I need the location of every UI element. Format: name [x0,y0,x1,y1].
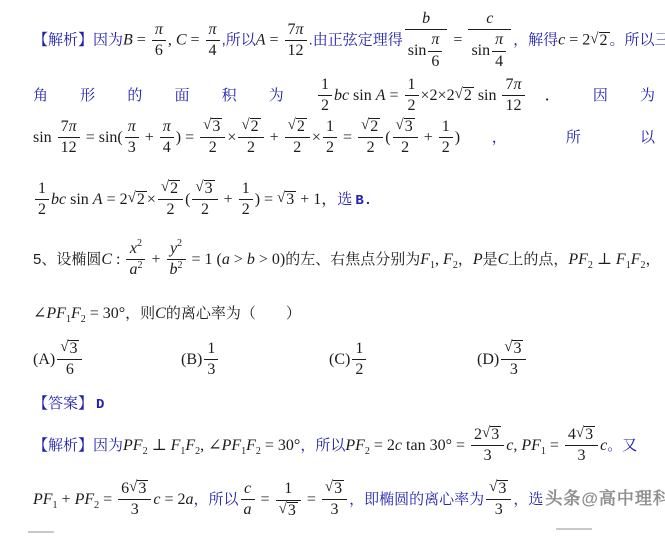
fraction: 12 [239,180,253,220]
text-run: 因 [593,87,622,104]
fraction: 12 [405,76,419,116]
math-text: 7 [505,76,513,94]
math-text: 1 [355,340,363,358]
fraction: π3 [125,118,139,158]
text-run: .由正弦定理得 [309,32,403,49]
math-text: (D) [477,351,499,369]
solution-5-line-1: 【解析】因为PF2 ⊥ F1F2, ∠PF1F2 = 30°，所以PF2 = 2… [33,426,655,466]
math-text: sin [474,87,501,104]
denominator: 12 [58,138,80,157]
math-variable: PF [521,437,541,454]
math-text: , [168,32,176,49]
numerator: 7π [285,21,307,41]
math-variable: b [170,261,178,279]
denominator: 3 [501,360,526,379]
numerator: π [160,118,174,138]
math-text: 3 [405,118,413,135]
text-run: ,所以 [222,32,256,49]
fraction: √33 [322,480,347,519]
numerator: 6√3 [118,480,151,500]
math-text: 3 [207,361,215,379]
math-variable: C [155,305,166,322]
fraction: √22 [238,118,263,157]
denominator: 2 [238,138,263,157]
radical-sign-icon: √ [590,32,598,50]
radicand: 3 [204,180,215,198]
radical: √3 [325,480,344,498]
math-text: 3 [131,501,139,519]
math-text: ) = [176,129,198,146]
fraction: √33 [501,340,526,379]
math-text: = [257,491,274,508]
math-variable: F [185,437,195,454]
numerator: 1 [318,76,332,96]
denominator: 3 [118,500,151,519]
math-variable: C [498,251,509,268]
math-text: + 1， [296,191,337,208]
fraction: π4 [492,31,506,71]
math-text: 3 [484,447,492,465]
math-text: = [133,32,150,49]
fraction: 12 [323,118,337,158]
denominator: 12 [285,41,307,60]
text-run: 为 [269,87,298,104]
math-text: = [449,32,466,49]
denominator: 4 [160,138,174,157]
answer-line: 【答案】D [33,392,655,413]
fraction: 7π12 [502,76,524,116]
math-variable: c [244,480,251,498]
math-variable: π [495,31,503,49]
denominator: 2 [393,138,418,157]
math-text: 1 [442,118,450,136]
math-variable: P [473,251,483,268]
math-variable: A [93,191,103,208]
math-text: ∠ [33,305,46,322]
math-variable: PF [46,305,66,322]
text-run: ，所以 [194,491,239,508]
math-text: 12 [288,42,304,60]
math-text: 2 [355,361,363,379]
math-text: 2 [209,139,217,157]
math-text: , [435,251,443,268]
fraction: √36 [57,340,82,379]
math-text: 6 [155,42,163,60]
text-run: 。又 [607,437,637,454]
text-run: 以 [640,129,655,146]
radical-sign-icon: √ [489,480,497,498]
denominator: 4 [206,41,220,60]
answer-options: (A) √36(B) 13(C) 12(D) √33 [33,340,655,380]
radicand: 2 [136,191,147,209]
math-text: + [147,251,164,268]
numerator: 1 [439,118,453,138]
subscript: 1 [180,446,185,457]
math-variable: PF [222,437,242,454]
math-text: × [312,129,321,146]
math-variable: A [376,87,386,104]
radical: √3 [60,340,79,358]
table-border-artifact-left [28,531,54,533]
option-b: (B) 13 [181,340,329,380]
fraction: 6√33 [118,480,151,520]
numerator: b [405,10,448,30]
math-text: : [112,251,124,268]
math-text: 3 [205,180,213,197]
text-run: ，所以 [300,437,345,454]
question-5-statement: 5、设椭圆C : x2a2 + y2b2 = 1 (a > b > 0)的左、右… [33,240,655,280]
math-text: 2 [242,201,250,219]
fraction: √22 [358,118,383,157]
math-text: 2 [297,118,305,135]
radical-sign-icon: √ [361,118,369,136]
text-run: 5、设椭圆 [33,251,101,268]
denominator: sin π4 [468,30,511,71]
text-run: 积 [222,87,251,104]
document-page: 【解析】因为B = π6, C = π4,所以A = 7π12.由正弦定理得bs… [0,0,665,537]
fraction: π4 [206,21,220,61]
math-variable: F [246,437,256,454]
text-run: 的离心率为（ ） [166,305,301,322]
superscript: 2 [137,238,142,250]
math-text: + [141,129,158,146]
numerator: 1 [276,480,301,500]
numerator: π [428,31,442,51]
radical-sign-icon: √ [128,191,136,209]
numerator: π [125,118,139,138]
math-text: 1 [321,76,329,94]
radical-sign-icon: √ [504,340,512,358]
denominator: 2 [439,138,453,157]
math-text: 2 [326,139,334,157]
fraction: π6 [428,31,442,71]
math-variable: F [616,251,626,268]
numerator: √3 [192,180,217,200]
math-text: = 2 [565,32,590,49]
math-variable: PF [123,437,143,454]
denominator: 3 [322,500,347,519]
math-variable: B [123,32,133,49]
math-variable: a [222,251,230,268]
math-text: 2 [38,201,46,219]
denominator: 3 [125,138,139,157]
math-text: (C) [329,351,350,369]
math-variable: PF [345,437,365,454]
math-text: 3 [128,139,136,157]
text-run-blue: ，选 [513,491,543,508]
radical: √2 [241,118,260,136]
radicand: 3 [512,340,523,358]
text-run: ，即椭圆的离心率为 [349,491,484,508]
radical-sign-icon: √ [129,480,137,498]
math-text: 3 [212,118,220,135]
radical: √3 [129,480,148,498]
math-text: = [303,491,320,508]
math-text: sin [33,129,56,146]
radicand: 3 [490,426,501,444]
radicand: 3 [333,480,344,498]
math-text: = [339,129,356,146]
radical: √3 [482,426,501,444]
math-text: 1 [284,480,292,498]
math-text: = [266,32,283,49]
text-run: ， [645,251,660,268]
denominator: 2 [358,138,383,157]
math-text: 2 [251,118,259,135]
fraction: 2√33 [471,426,504,466]
numerator: √3 [57,340,82,360]
math-variable: π [128,118,136,136]
math-text: ) = [255,191,277,208]
fraction: x2a2 [126,240,145,280]
math-text: ×2×2 [421,87,455,104]
math-variable: b [247,251,255,268]
denominator: 2 [35,200,49,219]
fraction: 12 [439,118,453,158]
math-text: > 0) [255,251,285,268]
superscript: 2 [178,260,183,272]
fraction: √32 [200,118,225,157]
math-text: + [58,491,75,508]
formula-group: 12bc sin A = 12×2×2√2 sin 7π12 [316,76,527,116]
answer-letter: B. [355,193,372,209]
radicand: 2 [599,32,610,50]
math-text: ⊥ [148,437,171,454]
math-variable: PF [568,251,588,268]
fraction: π6 [152,21,166,61]
radicand: 3 [68,340,79,358]
math-text: 3 [585,426,593,443]
numerator: y2 [167,240,186,260]
radical: √3 [195,180,214,198]
numerator: π [152,21,166,41]
radical-sign-icon: √ [576,426,584,444]
math-variable: π [431,31,439,49]
math-variable: a [186,491,194,508]
watermark: 头条@高中理科入门 [545,489,665,508]
numerator: √2 [285,118,310,138]
numerator: √3 [486,480,511,500]
text-run: ，则 [125,305,155,322]
text-run: 角 [33,87,62,104]
math-text: 12 [505,97,521,115]
option-d: (D) √33 [477,340,528,379]
denominator: 2 [352,360,366,379]
math-text: 6 [66,361,74,379]
numerator: 1 [35,180,49,200]
math-text: sin [408,42,427,60]
denominator: 2 [318,96,332,115]
fraction: 12 [318,76,332,116]
denominator: 4 [492,52,506,71]
radical: √3 [203,118,222,136]
radicand: 3 [211,118,222,136]
radical-sign-icon: √ [161,180,169,198]
math-variable: π [209,21,217,39]
math-text: 4 [495,53,503,71]
math-text: = 2 [103,191,128,208]
math-text: 7 [288,21,296,39]
math-text: 2 [321,97,329,115]
math-text: + [266,129,283,146]
math-text: tan 30° = [402,437,469,454]
numerator: 4√3 [565,426,598,446]
math-text: (B) [181,351,202,369]
numerator: 1 [352,340,366,360]
denominator: 2 [285,138,310,157]
math-text: 3 [495,501,503,519]
math-text: ) [455,129,460,146]
fraction: 13 [204,340,218,380]
denominator: 2 [405,96,419,115]
radical: √3 [489,480,508,498]
radicand: 2 [369,118,380,136]
math-text: 2 [170,180,178,197]
solution-5-line-2: PF1 + PF2 = 6√33c = 2a，所以ca = 1√3 = √33，… [33,480,655,520]
question-5-statement-2: ∠PF1F2 = 30°，则C的离心率为（ ） [33,302,655,323]
math-text: = 2 [161,491,186,508]
fraction: 12 [35,180,49,220]
numerator: π [206,21,220,41]
math-text: sin [349,87,376,104]
radicand: 3 [497,480,508,498]
numerator: 1 [239,180,253,200]
numerator: 1 [405,76,419,96]
radical-sign-icon: √ [396,118,404,136]
math-variable: a [244,501,252,519]
math-variable: π [296,21,304,39]
math-text: × [227,129,236,146]
math-variable: π [69,118,77,136]
subscript: 2 [94,500,99,511]
denominator: a [241,500,255,519]
radical-sign-icon: √ [277,191,285,209]
math-variable: c [395,437,402,454]
denominator: 6 [152,41,166,60]
radical: √3 [279,502,298,520]
text-run: 所 [566,129,608,146]
radical-sign-icon: √ [279,502,287,520]
radicand: 2 [250,118,261,136]
math-text: 2 [474,426,482,444]
denominator: a2 [126,260,145,279]
math-variable: c [153,491,160,508]
numerator: 1 [323,118,337,138]
numerator: c [468,10,511,30]
text-run: 是 [483,251,498,268]
math-text: 12 [61,139,77,157]
math-text: > [230,251,247,268]
option-c: (C) 12 [329,340,477,380]
math-variable: x [130,240,137,258]
math-text: = [386,87,403,104]
math-variable: y [170,240,177,258]
math-text: 3 [334,480,342,497]
radicand: 3 [137,480,148,498]
subscript: 2 [640,260,645,271]
radical: √2 [288,118,307,136]
math-text: = 30° [86,305,125,322]
answer-letter: D [96,397,104,413]
numerator: 1 [204,340,218,360]
radical-sign-icon: √ [482,426,490,444]
math-text: 2 [166,201,174,219]
math-text: 4 [163,139,171,157]
solution-line-3: sin 7π12 = sin(π3 + π4) = √32×√22 + √22×… [33,118,655,158]
subscript: 2 [143,446,148,457]
subscript: 1 [626,260,631,271]
math-text: 1 [242,180,250,198]
text-run: 形 [80,87,109,104]
numerator: 7π [58,118,80,138]
denominator: b2 [167,260,186,279]
fraction: √32 [393,118,418,157]
subscript: 1 [66,314,71,325]
numerator: √2 [158,180,183,200]
math-text: 3 [69,340,77,357]
denominator: 3 [204,360,218,379]
math-variable: π [513,76,521,94]
fraction: 1√3 [276,480,301,519]
fraction: √22 [285,118,310,157]
radical-sign-icon: √ [203,118,211,136]
math-variable: F [71,305,81,322]
denominator: 2 [200,138,225,157]
math-text: 2 [442,139,450,157]
radicand: 2 [169,180,180,198]
text-run-blue: 【答案】 [33,395,93,412]
radicand: 3 [404,118,415,136]
math-text: (A) [33,351,55,369]
math-text: 3 [513,340,521,357]
math-variable: π [155,21,163,39]
denominator: 2 [158,200,183,219]
superscript: 2 [177,238,182,250]
text-run: 的左、右焦点分别为 [285,251,420,268]
fraction: 7π12 [58,118,80,158]
math-text: = sin( [82,129,123,146]
denominator: 3 [471,446,504,465]
math-text: = [99,491,116,508]
subscript: 2 [195,446,200,457]
radicand: 2 [296,118,307,136]
solution-line-4: 12bc sin A = 2√2×√22(√32 + 12) = √3 + 1，… [33,180,655,220]
math-text: 3 [138,480,146,497]
denominator: 3 [486,500,511,519]
math-text: 1 [326,118,334,136]
radical: √2 [361,118,380,136]
math-text: 6 [121,480,129,498]
math-text: 2 [137,191,145,208]
math-text: 2 [401,139,409,157]
radical-sign-icon: √ [60,340,68,358]
math-variable: π [163,118,171,136]
denominator: 2 [192,200,217,219]
math-text: ( [185,191,190,208]
radicand: 2 [463,87,474,105]
math-variable: C [176,32,187,49]
math-text: 2 [600,32,608,49]
radical: √2 [161,180,180,198]
solution-line-2: 角 形 的 面 积 为 12bc sin A = 12×2×2√2 sin 7π… [33,76,655,116]
math-variable: a [129,261,137,279]
math-text: = 2 [370,437,395,454]
subscript: 2 [256,446,261,457]
radical: √3 [277,191,296,209]
numerator: √3 [200,118,225,138]
option-a: (A) √36 [33,340,181,379]
math-text: 3 [510,361,518,379]
